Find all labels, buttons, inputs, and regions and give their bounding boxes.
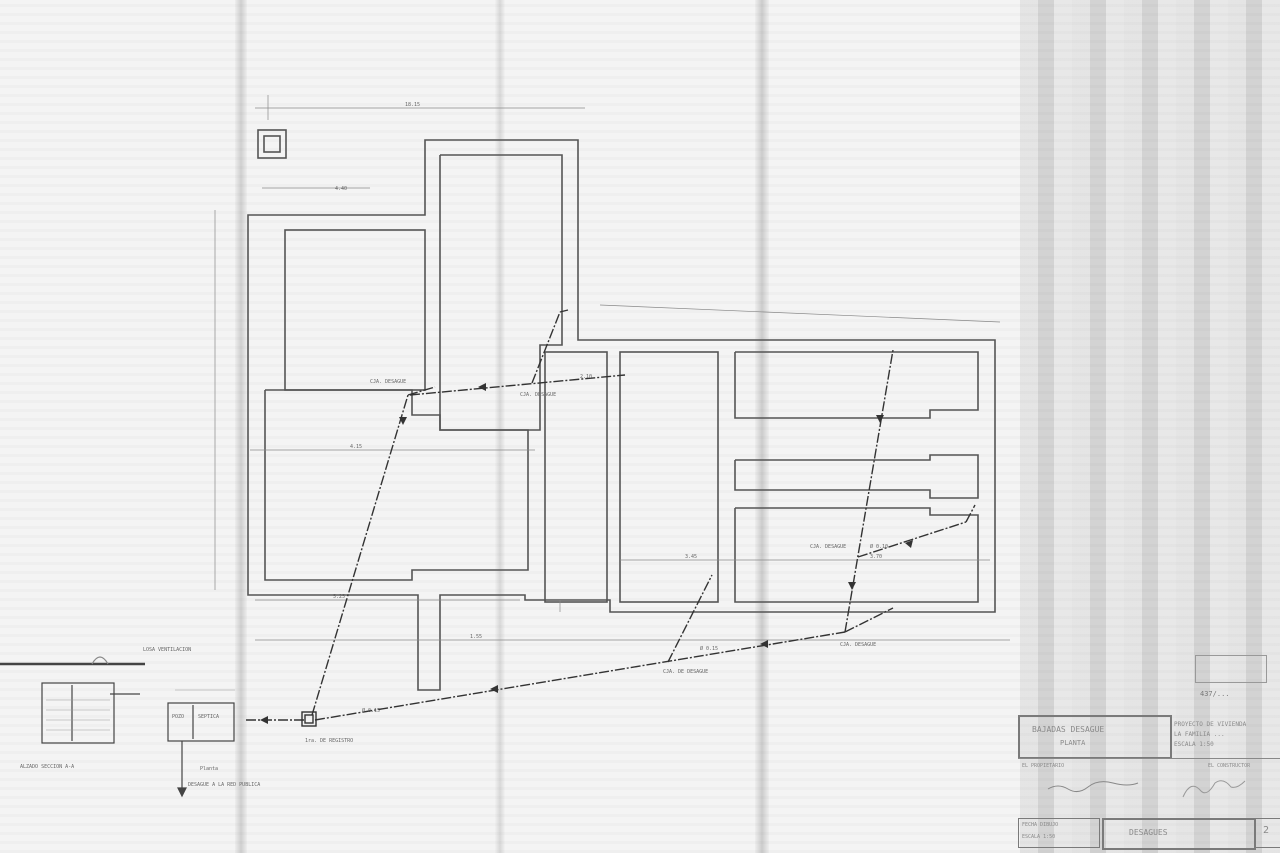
flow-arrows xyxy=(260,383,913,724)
date-scale-box: FECHA DIBUJO ESCALA 1:50 xyxy=(1018,818,1100,848)
stamp-code: 437/... xyxy=(1200,690,1230,698)
svg-text:18.15: 18.15 xyxy=(405,102,420,108)
svg-text:CJA. DESAGUE: CJA. DESAGUE xyxy=(810,544,846,550)
svg-text:CJA. DE DESAGUE: CJA. DE DESAGUE xyxy=(663,669,708,675)
svg-text:1.55: 1.55 xyxy=(470,634,482,640)
svg-text:Ø 0.10: Ø 0.10 xyxy=(870,543,888,550)
project-scale: ESCALA 1:50 xyxy=(1174,741,1214,748)
sheet-code-box: DESAGUES xyxy=(1102,818,1256,850)
sheet-number-box: 2 xyxy=(1255,818,1280,848)
signature-area: EL PROPIETARIO EL CONSTRUCTOR xyxy=(1018,758,1280,819)
svg-text:5.25: 5.25 xyxy=(333,594,345,600)
scale-label: ESCALA 1:50 xyxy=(1022,834,1055,840)
project-family: LA FAMILIA ... xyxy=(1174,731,1225,738)
drain-pipes xyxy=(246,310,975,720)
svg-text:Ø 0.15: Ø 0.15 xyxy=(362,707,380,714)
svg-text:LOSA VENTILACION: LOSA VENTILACION xyxy=(143,647,191,653)
svg-text:4.40: 4.40 xyxy=(335,186,347,192)
project-name: PROYECTO DE VIVIENDA xyxy=(1174,721,1246,728)
septic-section-detail xyxy=(0,657,235,796)
svg-text:DESAGUE A LA RED PUBLICA: DESAGUE A LA RED PUBLICA xyxy=(188,782,260,788)
svg-text:CJA. DESAGUE: CJA. DESAGUE xyxy=(520,392,556,398)
drawing-title-box: BAJADAS DESAGUE PLANTA xyxy=(1018,715,1172,759)
svg-text:CJA. DESAGUE: CJA. DESAGUE xyxy=(840,642,876,648)
svg-text:2.10: 2.10 xyxy=(580,374,592,380)
manhole xyxy=(302,712,316,726)
project-box: PROYECTO DE VIVIENDA LA FAMILIA ... ESCA… xyxy=(1172,715,1280,755)
svg-text:Ø 0.15: Ø 0.15 xyxy=(700,645,718,652)
plan-labels: 1ra. DE REGISTRO CJA. DESAGUE CJA. DESAG… xyxy=(305,102,888,744)
svg-text:POZO: POZO xyxy=(172,714,184,720)
septic-labels: ALZADO SECCION A-A Planta POZO SEPTICA D… xyxy=(20,647,260,788)
svg-text:SEPTICA: SEPTICA xyxy=(198,714,219,720)
sheet-code: DESAGUES xyxy=(1129,828,1168,837)
svg-text:3.70: 3.70 xyxy=(870,554,882,560)
signatures xyxy=(1018,759,1280,819)
svg-text:4.15: 4.15 xyxy=(350,444,362,450)
approval-stamp xyxy=(1195,655,1267,683)
svg-text:3.45: 3.45 xyxy=(685,554,697,560)
svg-text:ALZADO SECCION A-A: ALZADO SECCION A-A xyxy=(20,764,74,770)
dimension-lines xyxy=(215,95,1010,640)
svg-text:CJA. DESAGUE: CJA. DESAGUE xyxy=(370,379,406,385)
drawing-subtitle: PLANTA xyxy=(1060,739,1085,747)
drawing-title: BAJADAS DESAGUE xyxy=(1032,725,1104,734)
blueprint-sheet: 1ra. DE REGISTRO CJA. DESAGUE CJA. DESAG… xyxy=(0,0,1280,853)
svg-text:Planta: Planta xyxy=(200,766,218,772)
date-label: FECHA DIBUJO xyxy=(1022,822,1058,828)
sheet-number: 2 xyxy=(1263,825,1269,836)
svg-text:1ra. DE REGISTRO: 1ra. DE REGISTRO xyxy=(305,738,353,744)
